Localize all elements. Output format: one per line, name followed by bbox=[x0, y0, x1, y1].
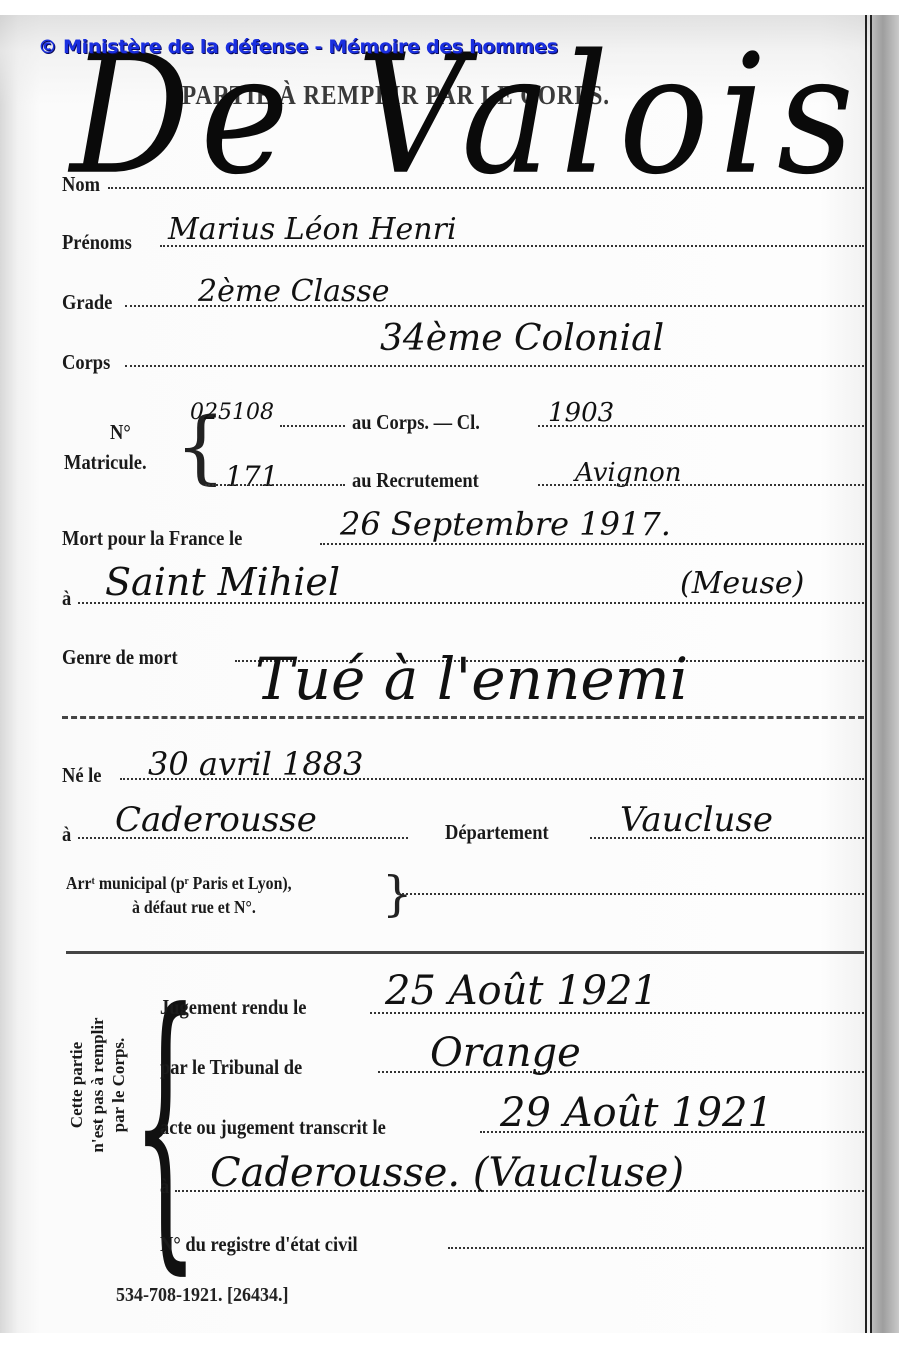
matricule-label-no: N° bbox=[110, 420, 131, 445]
form-code: 534-708-1921. [26434.] bbox=[116, 1284, 288, 1307]
departement-label: Département bbox=[445, 820, 549, 845]
mort-line bbox=[320, 543, 864, 545]
corps-line bbox=[125, 365, 864, 367]
lieu-naissance-value: Caderousse bbox=[115, 800, 317, 840]
jugement-label: Jugement rendu le bbox=[160, 995, 306, 1020]
tribunal-value: Orange bbox=[430, 1030, 581, 1076]
departement-value: Vaucluse bbox=[620, 800, 773, 840]
recrutement-value: 171 bbox=[225, 460, 278, 493]
matricule-label: Matricule. bbox=[64, 450, 147, 475]
lieu-mort-dept: (Meuse) bbox=[680, 566, 804, 601]
jugement-value: 25 Août 1921 bbox=[385, 968, 658, 1014]
border-line bbox=[865, 15, 867, 1333]
lieu-transcription-value: Caderousse. (Vaucluse) bbox=[210, 1150, 684, 1196]
side-note-line-2: n'est pas à remplir bbox=[87, 985, 108, 1185]
transcrit-value: 29 Août 1921 bbox=[500, 1090, 773, 1136]
genre-mort-value: Tué à l'ennemi bbox=[255, 645, 688, 713]
side-note: Cette partie n'est pas à remplir par le … bbox=[66, 985, 129, 1185]
side-note-line-3: par le Corps. bbox=[108, 985, 129, 1185]
side-note-line-1: Cette partie bbox=[66, 985, 87, 1185]
grade-label: Grade bbox=[62, 290, 112, 315]
prenoms-label: Prénoms bbox=[62, 230, 132, 255]
nom-label: Nom bbox=[62, 172, 100, 197]
nom-line bbox=[108, 187, 864, 189]
lieu-transcription-label: à bbox=[160, 1174, 169, 1199]
grade-value: 2ème Classe bbox=[198, 274, 390, 309]
classe-value: 1903 bbox=[548, 398, 614, 428]
au-recrutement-label: au Recrutement bbox=[352, 468, 479, 493]
arr-municipal-label: Arrᵗ municipal (pʳ Paris et Lyon), bbox=[66, 873, 292, 894]
lieu-mort-value: Saint Mihiel bbox=[105, 560, 340, 604]
copyright-watermark: © Ministère de la défense - Mémoire des … bbox=[38, 36, 558, 58]
corps-value: 34ème Colonial bbox=[380, 318, 664, 359]
tribunal-label: par le Tribunal de bbox=[160, 1055, 302, 1080]
genre-mort-line-2 bbox=[62, 716, 864, 719]
classe-line bbox=[538, 425, 864, 427]
arr-municipal-line bbox=[398, 893, 864, 895]
mort-value: 26 Septembre 1917. bbox=[340, 505, 671, 543]
registre-label: N° du registre d'état civil bbox=[160, 1232, 358, 1257]
registre-line bbox=[448, 1247, 864, 1249]
mort-label: Mort pour la France le bbox=[62, 526, 242, 551]
corps-label: Corps bbox=[62, 350, 110, 375]
border-line bbox=[870, 15, 872, 1333]
lieu-naissance-label: à bbox=[62, 822, 71, 847]
ne-le-label: Né le bbox=[62, 763, 102, 788]
transcrit-label: acte ou jugement transcrit le bbox=[160, 1115, 386, 1140]
prenoms-value: Marius Léon Henri bbox=[168, 212, 457, 247]
arr-municipal-label-2: à défaut rue et N°. bbox=[132, 897, 256, 918]
recrutement-line bbox=[205, 484, 345, 486]
ne-le-value: 30 avril 1883 bbox=[148, 745, 363, 783]
card-edge-shadow bbox=[872, 15, 899, 1333]
recrutement-place-line bbox=[538, 484, 864, 486]
genre-mort-label: Genre de mort bbox=[62, 645, 178, 670]
au-corps-label: au Corps. — Cl. bbox=[352, 410, 480, 435]
matricule-corps-value: 025108 bbox=[190, 400, 274, 425]
matricule-corps-line bbox=[280, 425, 345, 427]
lieu-mort-label: à bbox=[62, 586, 71, 611]
